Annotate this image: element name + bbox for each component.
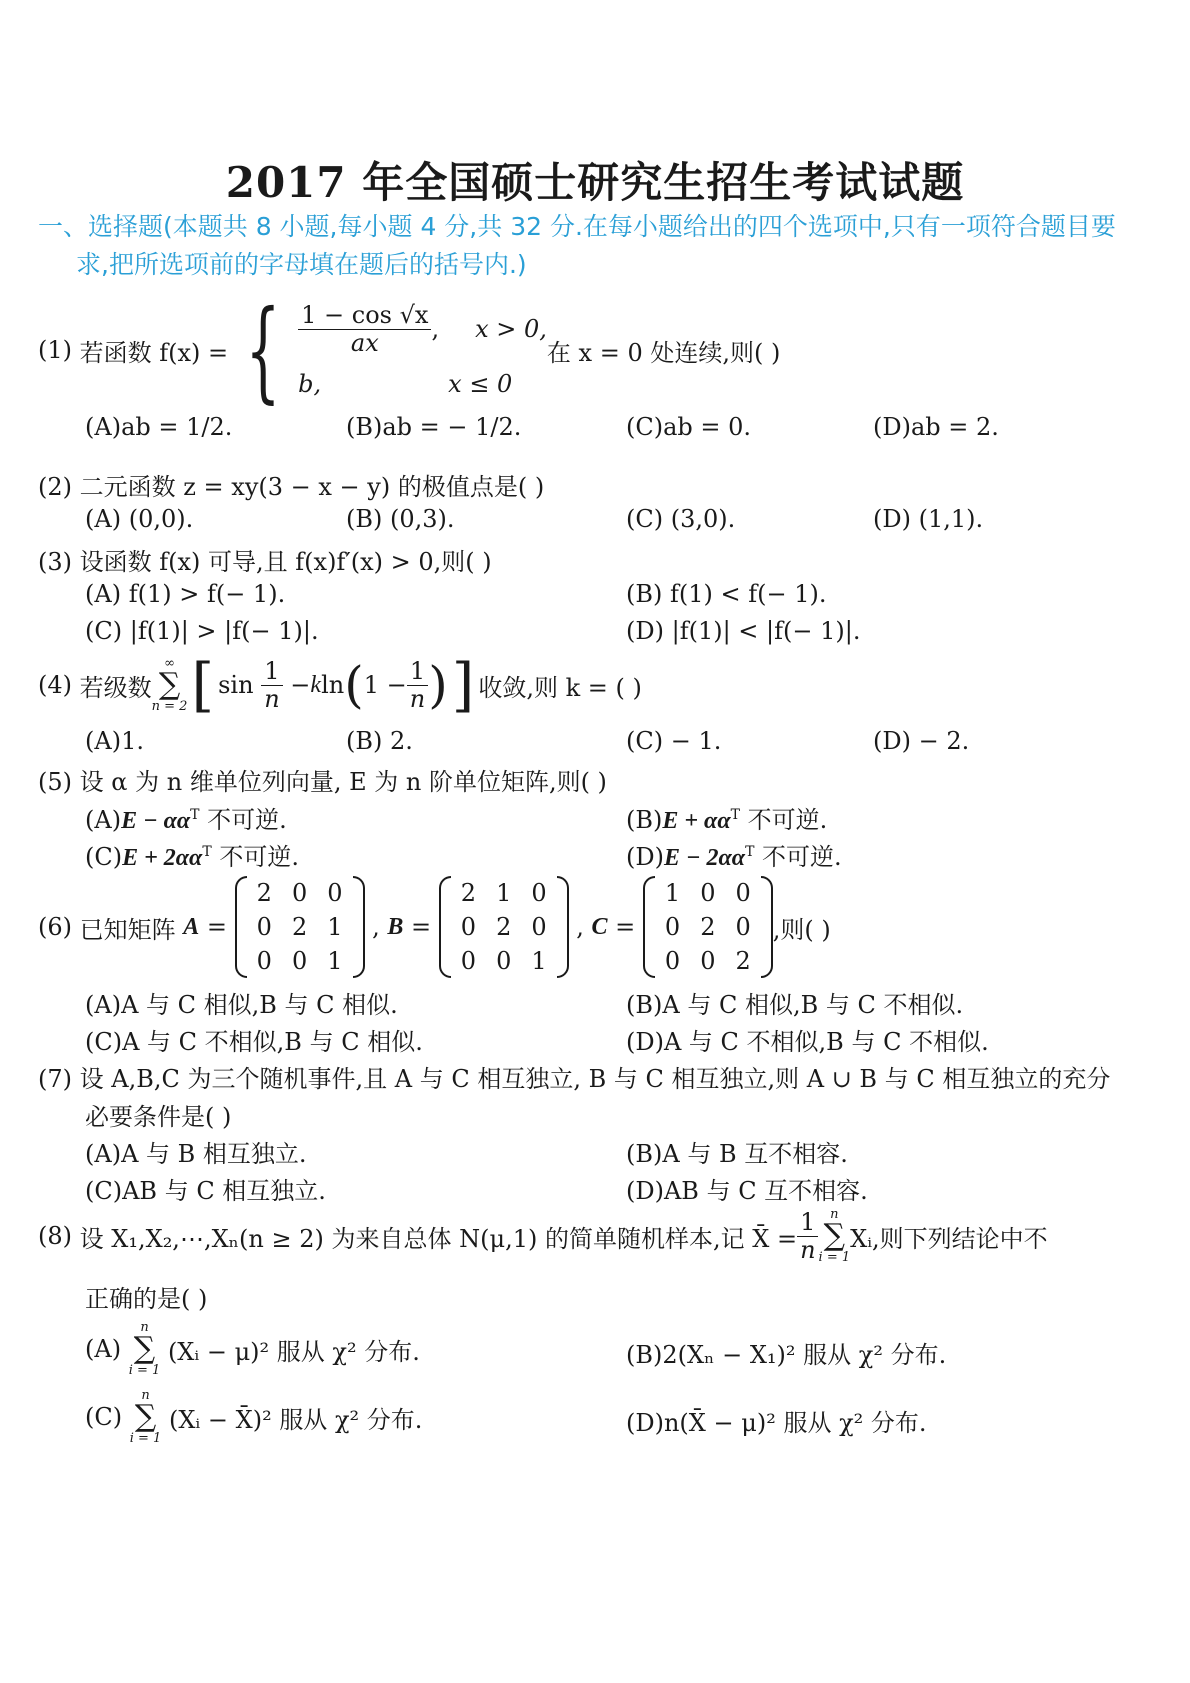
question-8-line2: 正确的是( ) (85, 1279, 207, 1314)
option-6b[interactable]: (B)A 与 C 相似,B 与 C 不相似. (626, 985, 963, 1020)
question-number: (3) (38, 548, 72, 576)
piecewise-fraction: 1 − cos √x ax (298, 302, 431, 356)
question-stem-suffix: 在 x = 0 处连续,则( ) (547, 333, 780, 368)
question-5: (5) 设 α 为 n 维单位列向量, E 为 n 阶单位矩阵,则( ) (38, 762, 607, 797)
page-title: 2017 年全国硕士研究生招生考试试题 (0, 150, 1190, 210)
question-stem-line1: 设 A,B,C 为三个随机事件,且 A 与 C 相互独立, B 与 C 相互独立… (80, 1065, 1111, 1093)
question-stem-prefix: 设 X₁,X₂,⋯,Xₙ(n ≥ 2) 为来自总体 N(μ,1) 的简单随机样本… (80, 1219, 797, 1254)
question-stem: 二元函数 z = xy(3 − x − y) 的极值点是( ) (80, 473, 545, 501)
question-number: (5) (38, 768, 72, 796)
option-4b[interactable]: (B) 2. (346, 727, 413, 755)
matrix-b: 210 020 001 (439, 876, 569, 978)
question-stem: 设 α 为 n 维单位列向量, E 为 n 阶单位矩阵,则( ) (80, 768, 607, 796)
option-2c[interactable]: (C) (3,0). (626, 505, 735, 533)
question-stem-prefix: 若函数 f(x) = (80, 333, 229, 368)
question-stem-suffix: ,则( ) (773, 910, 831, 945)
option-2b[interactable]: (B) (0,3). (346, 505, 455, 533)
piecewise-cases: 1 − cos √x ax , x > 0, b, x ≤ 0 (298, 302, 547, 398)
question-6: (6) 已知矩阵 A = 200 021 001 , B = 210 020 0… (38, 872, 831, 982)
option-3d[interactable]: (D) |f(1)| < |f(− 1)|. (626, 617, 860, 645)
question-3: (3) 设函数 f(x) 可导,且 f(x)f′(x) > 0,则( ) (38, 542, 492, 577)
option-8a[interactable]: (A) n∑i = 1 (Xᵢ − μ)² 服从 χ² 分布. (85, 1318, 420, 1380)
question-1: (1) 若函数 f(x) = { 1 − cos √x ax , x > 0, … (38, 300, 780, 400)
option-3a[interactable]: (A) f(1) > f(− 1). (85, 580, 285, 608)
option-4c[interactable]: (C) − 1. (626, 727, 721, 755)
option-6c[interactable]: (C)A 与 C 不相似,B 与 C 相似. (85, 1022, 423, 1057)
option-1b[interactable]: (B)ab = − 1/2. (346, 413, 521, 441)
left-bracket-icon: [ (191, 651, 214, 719)
option-6d[interactable]: (D)A 与 C 不相似,B 与 C 不相似. (626, 1022, 989, 1057)
option-8d[interactable]: (D)n(X̄ − μ)² 服从 χ² 分布. (626, 1403, 927, 1438)
option-4d[interactable]: (D) − 2. (873, 727, 969, 755)
option-8c[interactable]: (C) n∑i = 1 (Xᵢ − X̄)² 服从 χ² 分布. (85, 1386, 422, 1448)
question-number: (2) (38, 473, 72, 501)
question-number: (1) (38, 336, 72, 364)
question-2: (2) 二元函数 z = xy(3 − x − y) 的极值点是( ) (38, 467, 544, 502)
question-4: (4) 若级数 ∞ ∑ n = 2 [ sin 1n − kln(1 − 1n)… (38, 652, 642, 718)
option-7c[interactable]: (C)AB 与 C 相互独立. (85, 1171, 326, 1206)
question-stem-suffix: Xᵢ,则下列结论中不 (850, 1219, 1048, 1254)
option-7b[interactable]: (B)A 与 B 互不相容. (626, 1134, 848, 1169)
right-bracket-icon: ] (452, 651, 475, 719)
section-header-line2: 求,把所选项前的字母填在题后的括号内.) (76, 245, 527, 281)
question-7: (7) 设 A,B,C 为三个随机事件,且 A 与 C 相互独立, B 与 C … (38, 1059, 1110, 1094)
option-2d[interactable]: (D) (1,1). (873, 505, 983, 533)
option-1c[interactable]: (C)ab = 0. (626, 413, 751, 441)
option-1a[interactable]: (A)ab = 1/2. (85, 413, 232, 441)
summation-icon: n∑i = 1 (129, 1321, 161, 1377)
option-5d[interactable]: (D)E − 2ααT 不可逆. (626, 837, 842, 872)
section-header-line1: 一、选择题(本题共 8 小题,每小题 4 分,共 32 分.在每小题给出的四个选… (38, 207, 1116, 243)
question-number: (6) (38, 913, 72, 941)
matrix-b-label: B (387, 914, 403, 941)
option-4a[interactable]: (A)1. (85, 727, 144, 755)
summation-icon: n∑i = 1 (130, 1389, 162, 1445)
question-8: (8) 设 X₁,X₂,⋯,Xₙ(n ≥ 2) 为来自总体 N(μ,1) 的简单… (38, 1205, 1048, 1267)
question-stem-prefix: 若级数 (80, 668, 152, 703)
question-number: (8) (38, 1222, 72, 1250)
question-number: (7) (38, 1065, 72, 1093)
question-stem: 设函数 f(x) 可导,且 f(x)f′(x) > 0,则( ) (80, 548, 492, 576)
question-stem-suffix: 收敛,则 k = ( ) (478, 668, 642, 703)
option-8b[interactable]: (B)2(Xₙ − X₁)² 服从 χ² 分布. (626, 1335, 946, 1370)
question-7-line2: 必要条件是( ) (85, 1097, 231, 1132)
matrix-a-label: A (183, 914, 199, 941)
summation-icon: n ∑ i = 1 (819, 1208, 851, 1264)
option-7a[interactable]: (A)A 与 B 相互独立. (85, 1134, 307, 1169)
option-5b[interactable]: (B)E + ααT 不可逆. (626, 800, 827, 835)
left-brace-icon: { (246, 295, 281, 405)
option-3b[interactable]: (B) f(1) < f(− 1). (626, 580, 827, 608)
option-5c[interactable]: (C)E + 2ααT 不可逆. (85, 837, 299, 872)
fraction: 1n (797, 1209, 818, 1263)
option-5a[interactable]: (A)E − ααT 不可逆. (85, 800, 287, 835)
option-1d[interactable]: (D)ab = 2. (873, 413, 999, 441)
matrix-a: 200 021 001 (235, 876, 365, 978)
option-2a[interactable]: (A) (0,0). (85, 505, 193, 533)
option-3c[interactable]: (C) |f(1)| > |f(− 1)|. (85, 617, 319, 645)
option-6a[interactable]: (A)A 与 C 相似,B 与 C 相似. (85, 985, 398, 1020)
question-stem-prefix: 已知矩阵 (80, 910, 176, 945)
matrix-c-label: C (592, 914, 608, 941)
summation-icon: ∞ ∑ n = 2 (152, 657, 188, 713)
matrix-c: 100 020 002 (643, 876, 773, 978)
question-number: (4) (38, 671, 72, 699)
option-7d[interactable]: (D)AB 与 C 互不相容. (626, 1171, 868, 1206)
